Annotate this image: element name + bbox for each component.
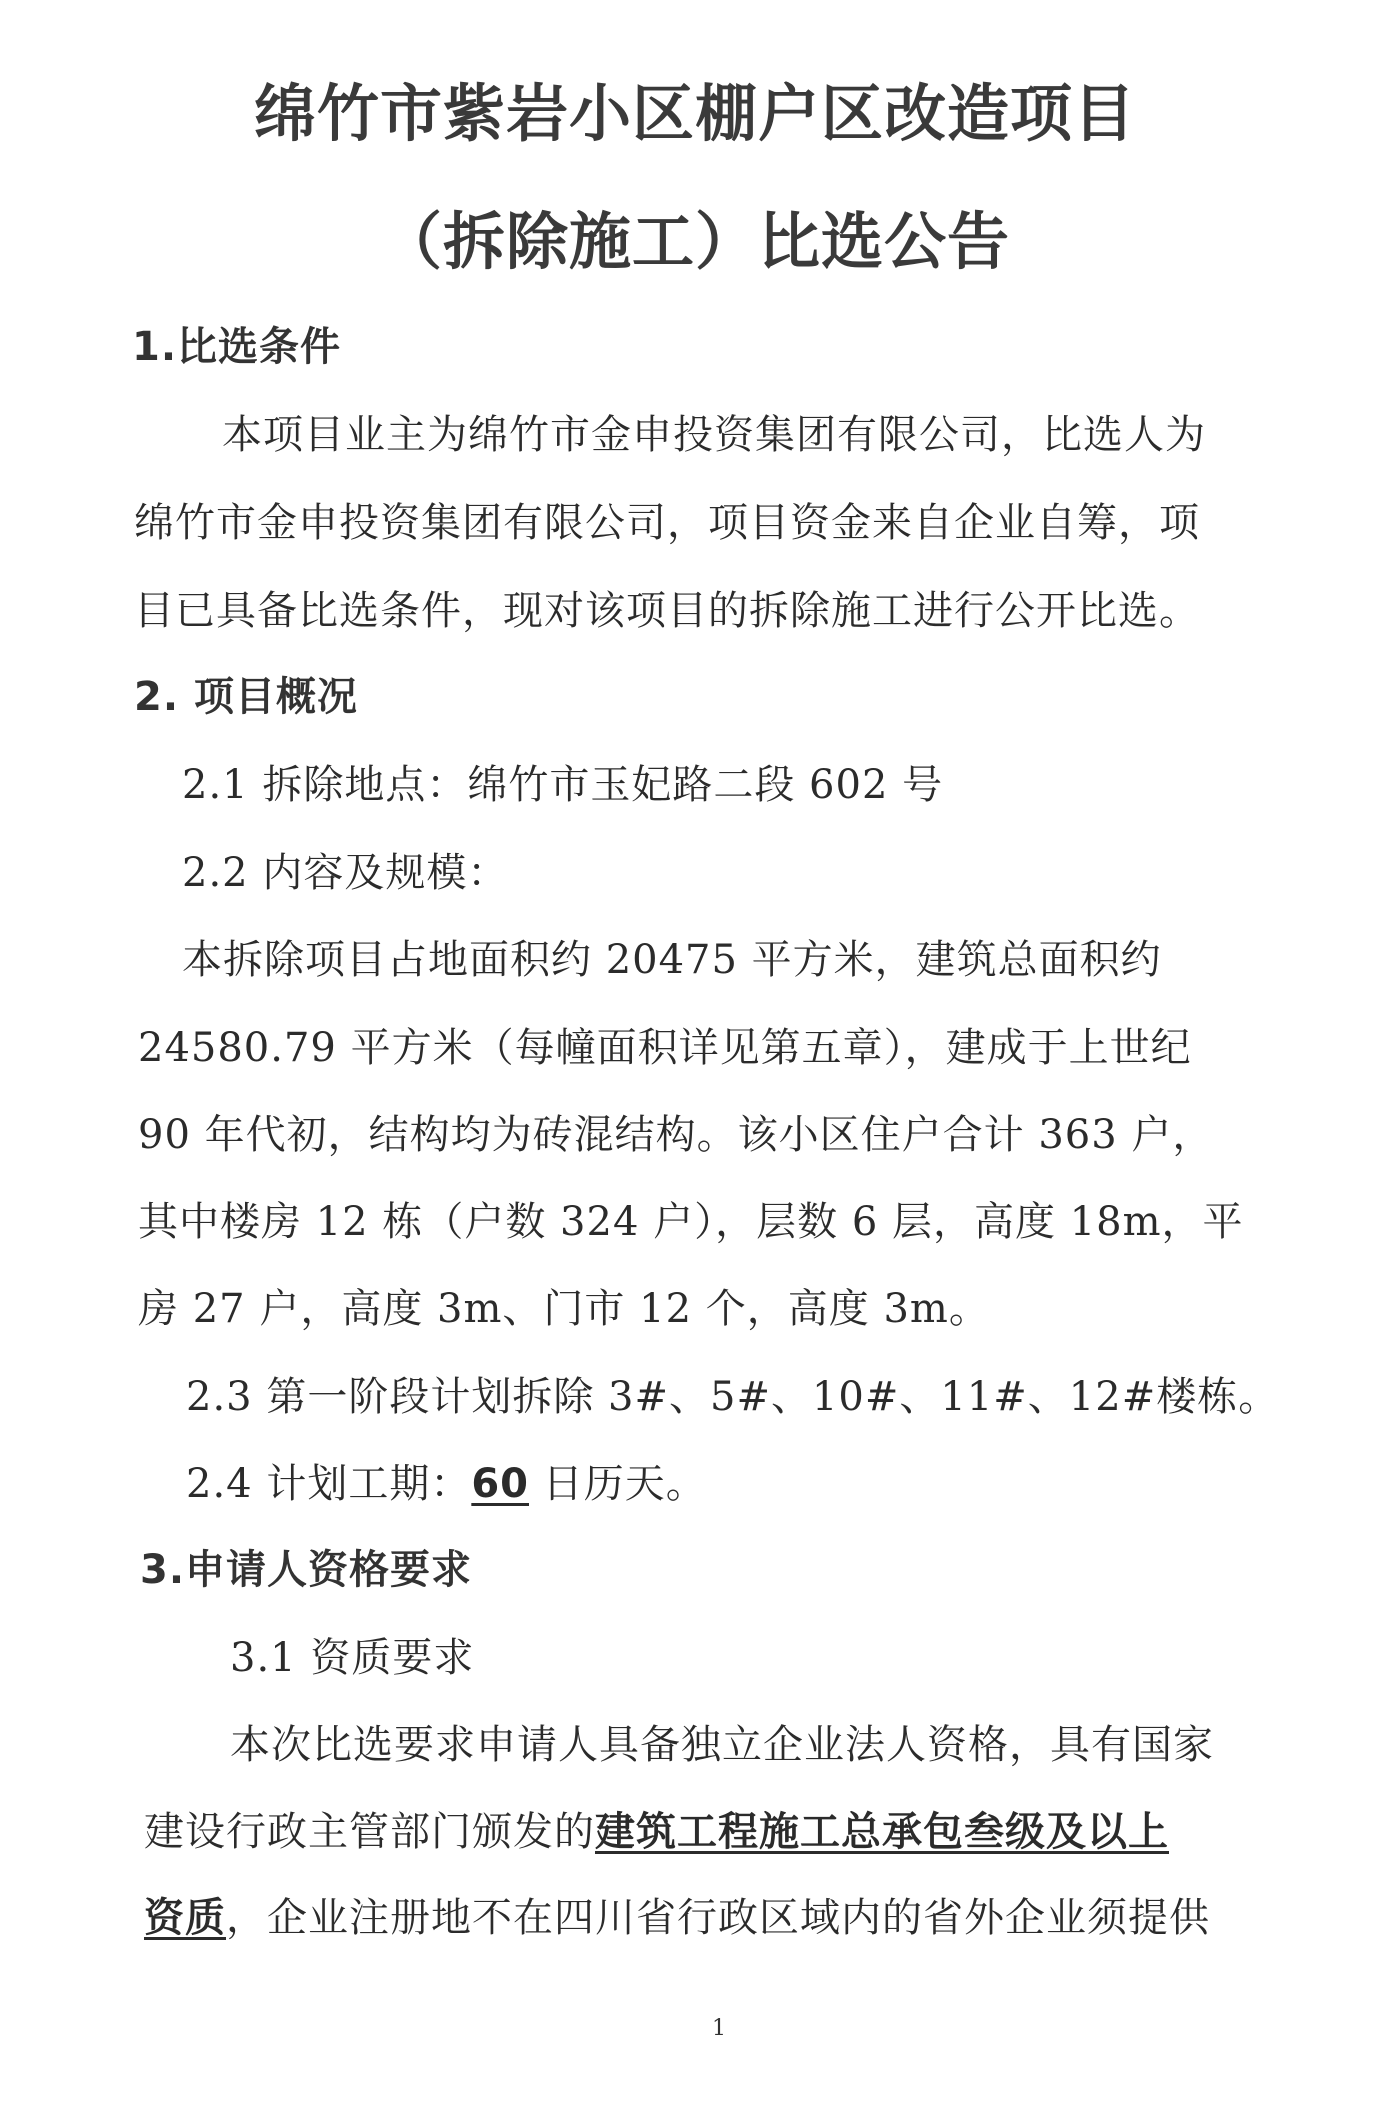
qualification-paragraph-line: 本次比选要求申请人具备独立企业法人资格，具有国家 [230, 1720, 1214, 1770]
qualification-paragraph-line: 建设行政主管部门颁发的建筑工程施工总承包叁级及以上 [144, 1807, 1169, 1857]
schedule-days-value: 60 [471, 1461, 529, 1507]
qualification-requirement-emphasis: 资质 [144, 1895, 226, 1941]
scale-description-line: 本拆除项目占地面积约 20475 平方米，建筑总面积约 [182, 935, 1162, 985]
document-title-line-1: 绵竹市紫岩小区棚户区改造项目 [0, 64, 1390, 153]
page-number: 1 [712, 2016, 726, 2041]
item-2-3-demolition-phase: 2.3 第一阶段计划拆除 3#、5#、10#、11#、12#楼栋。 [186, 1372, 1279, 1422]
scale-description-line: 房 27 户，高度 3m、门市 12 个，高度 3m。 [138, 1284, 990, 1334]
section-3-heading: 3.申请人资格要求 [140, 1545, 472, 1595]
section-1-paragraph-line: 目已具备比选条件，现对该项目的拆除施工进行公开比选。 [134, 586, 1200, 636]
qualification-text: 建设行政主管部门颁发的 [144, 1809, 595, 1855]
schedule-label: 2.4 计划工期： [186, 1461, 471, 1507]
item-3-1-qualification-heading: 3.1 资质要求 [230, 1633, 474, 1683]
item-2-2-scale-heading: 2.2 内容及规模： [182, 848, 508, 898]
scale-description-line: 其中楼房 12 栋（户数 324 户），层数 6 层，高度 18m，平 [138, 1197, 1244, 1247]
item-2-4-schedule: 2.4 计划工期：60 日历天。 [186, 1459, 707, 1509]
section-2-heading: 2. 项目概况 [134, 672, 358, 722]
schedule-suffix: 日历天。 [529, 1461, 707, 1507]
document-title-line-2: （拆除施工）比选公告 [0, 192, 1390, 281]
item-2-1-location: 2.1 拆除地点：绵竹市玉妃路二段 602 号 [182, 760, 943, 810]
qualification-text: ，企业注册地不在四川省行政区域内的省外企业须提供 [226, 1895, 1210, 1941]
section-1-heading: 1.比选条件 [132, 322, 341, 372]
section-1-paragraph-line: 本项目业主为绵竹市金申投资集团有限公司，比选人为 [222, 410, 1206, 460]
scale-description-line: 90 年代初，结构均为砖混结构。该小区住户合计 363 户， [138, 1110, 1213, 1160]
section-1-paragraph-line: 绵竹市金申投资集团有限公司，项目资金来自企业自筹，项 [134, 498, 1200, 548]
qualification-paragraph-line: 资质，企业注册地不在四川省行政区域内的省外企业须提供 [144, 1893, 1210, 1943]
qualification-requirement-emphasis: 建筑工程施工总承包叁级及以上 [595, 1809, 1169, 1855]
scale-description-line: 24580.79 平方米（每幢面积详见第五章），建成于上世纪 [138, 1023, 1192, 1073]
